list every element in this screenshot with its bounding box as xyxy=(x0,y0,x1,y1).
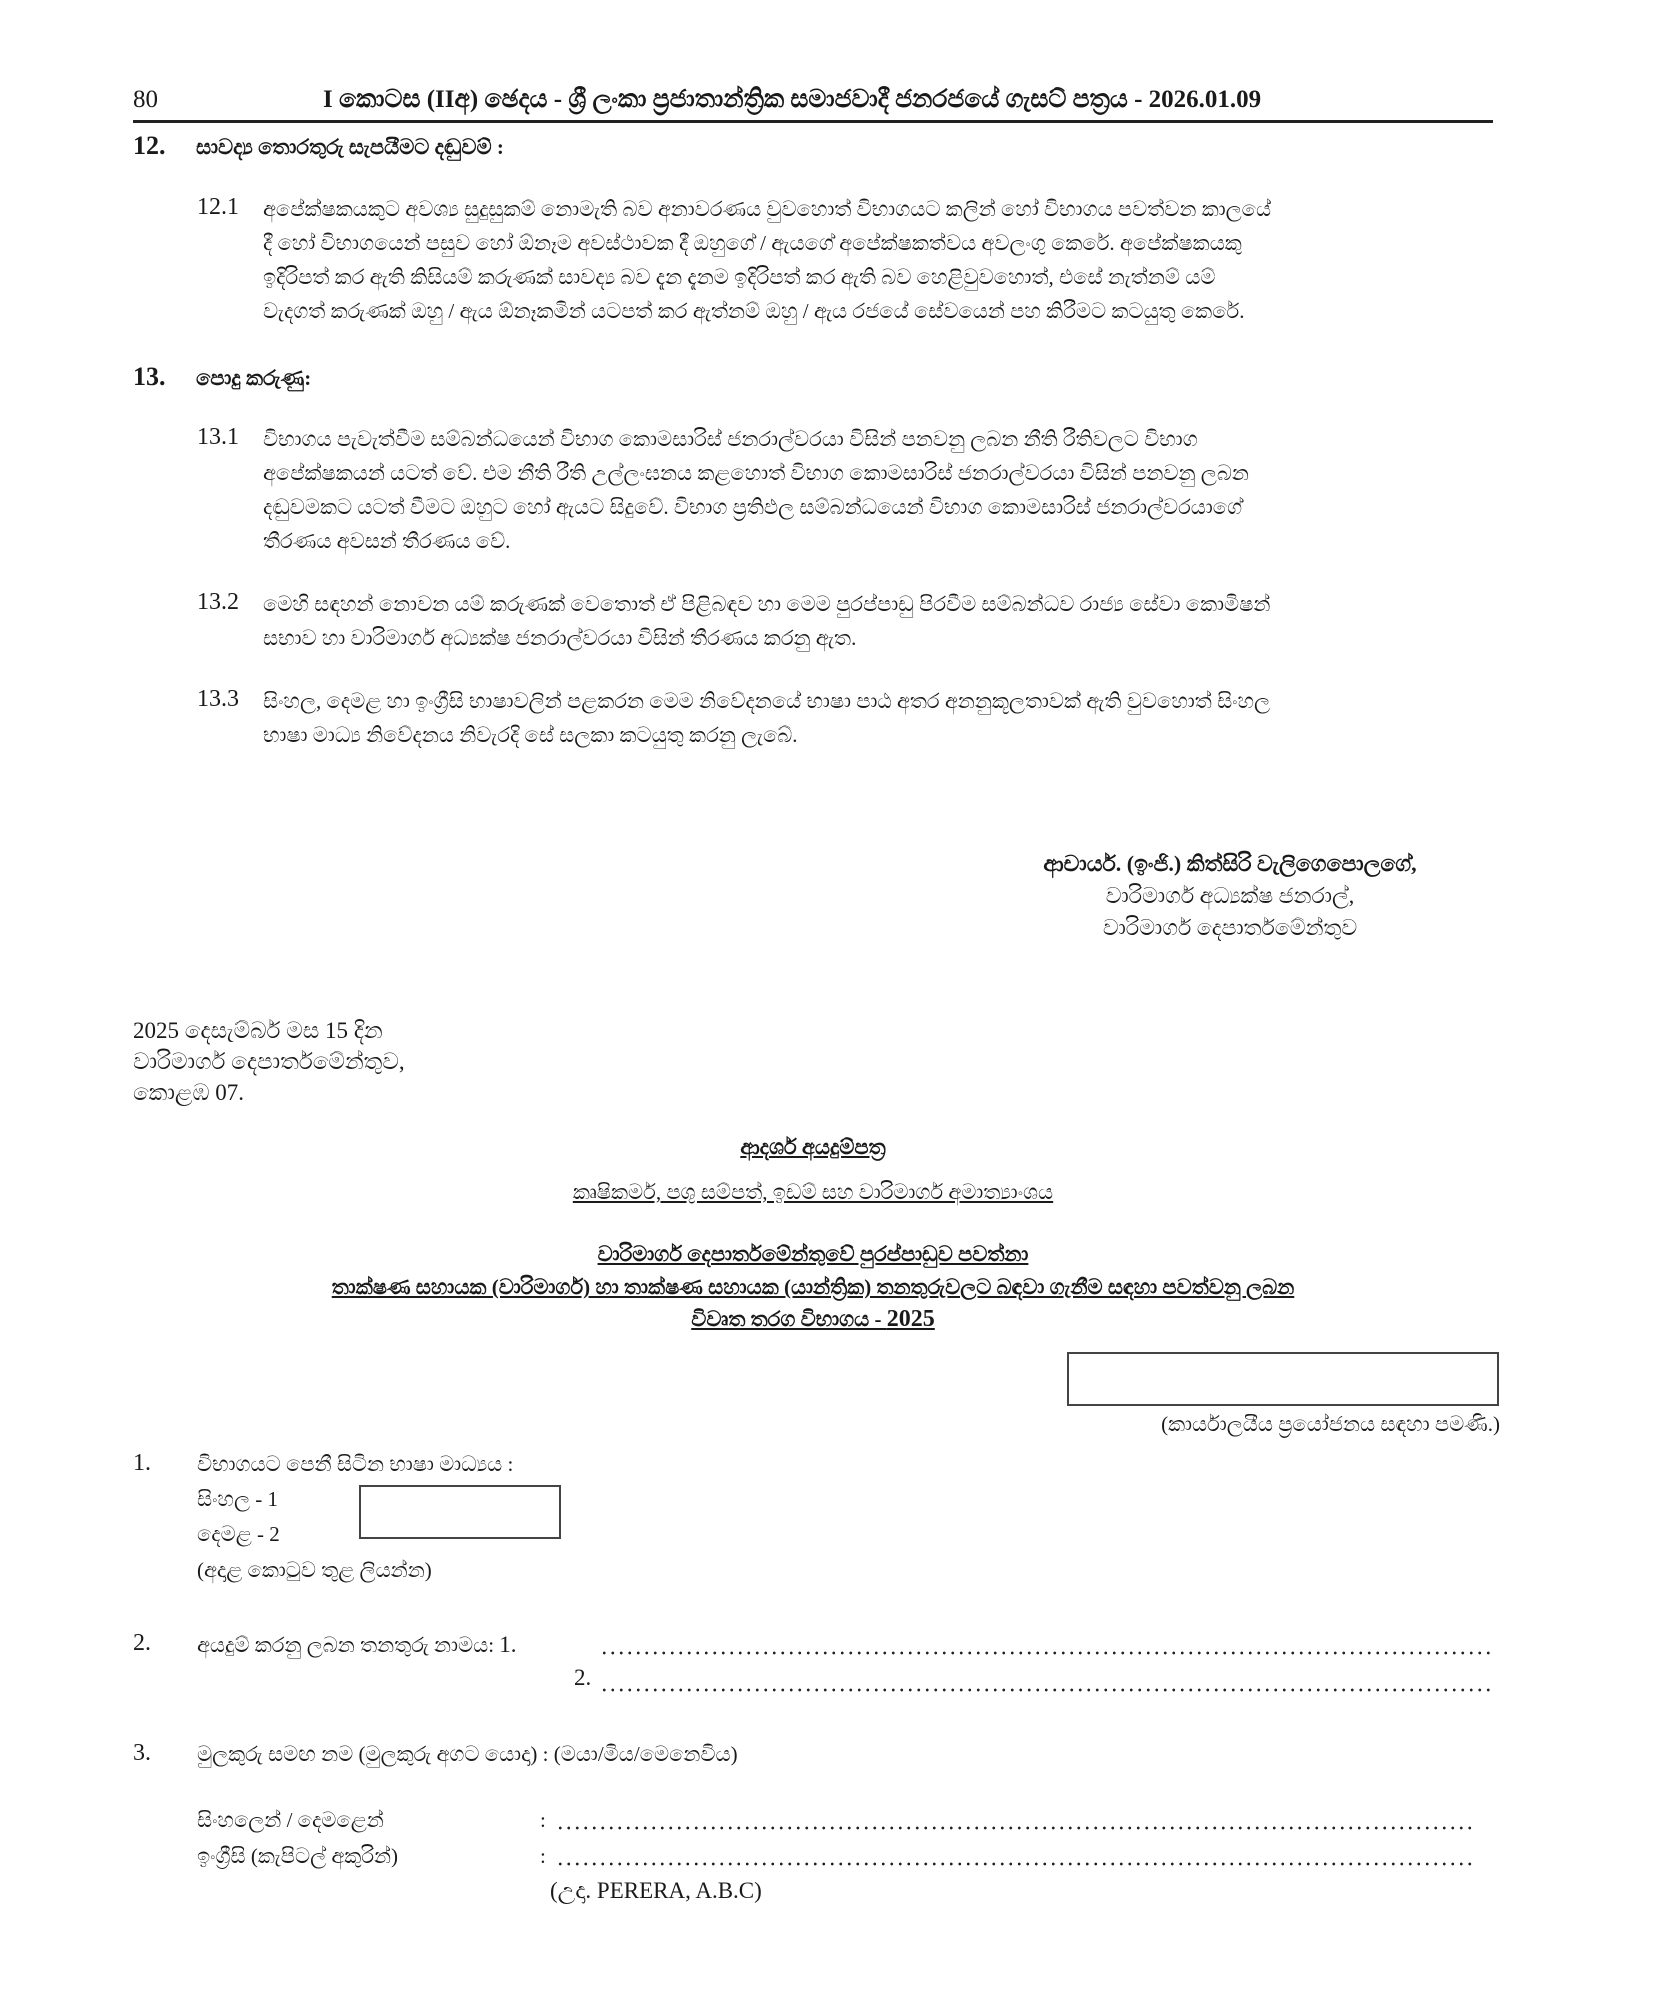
name-english-field[interactable] xyxy=(556,1862,1474,1866)
exam-name: විවෘත තරග විභාගය - xyxy=(691,1307,887,1331)
q3-english-label: ඉංග්‍රීසි (කැපිටල් අකුරින්) xyxy=(197,1844,398,1869)
form-heading-line-2: තාක්ෂණ සහායක (වාරිමාර්ග) හා තාක්ෂණ සහායක… xyxy=(133,1275,1493,1300)
text-line: තීරණය අවසන් තීරණය වේ. xyxy=(263,524,1493,558)
name-example: (උදා. PERERA, A.B.C) xyxy=(550,1878,762,1904)
header-divider xyxy=(133,120,1493,123)
q1-option-sinhala: සිංහල - 1 xyxy=(197,1487,278,1512)
text-line: අපේක්ෂකයන් යටත් වේ. එම නීති රීති උල්ලංඝන… xyxy=(263,456,1493,490)
q3-sinhala-tamil-label: සිංහලෙන් / දෙමළෙන් xyxy=(197,1808,384,1833)
clause-12-1-number: 12.1 xyxy=(197,194,239,221)
office-use-box[interactable] xyxy=(1067,1352,1499,1406)
section-12-number: 12. xyxy=(133,131,166,161)
text-line: විභාගය පැවැත්වීම සම්බන්ධයෙන් විභාග කොමසා… xyxy=(263,422,1493,456)
page-number: 80 xyxy=(133,86,158,114)
q1-label: විභාගයට පෙනී සිටින භාෂා මාධ්‍යය : xyxy=(197,1452,513,1477)
q2-line2-prefix: 2. xyxy=(574,1665,591,1691)
q1-option-tamil: දෙමළ - 2 xyxy=(197,1522,280,1547)
clause-13-2-number: 13.2 xyxy=(197,589,239,616)
signature-block: ආචාර්ය. (ඉංජි.) කිත්සිරි වැලිගෙපොලගේ, වා… xyxy=(990,848,1470,944)
clause-12-1-text: අපේක්ෂකයකුට අවශ්‍ය සුදුසුකම් නොමැති බව අ… xyxy=(263,192,1493,328)
text-line: මෙහි සඳහන් නොවන යම් කරුණක් වෙතොත් ඒ පිළි… xyxy=(263,587,1493,621)
q3-label: මුලකුරු සමඟ නම (මුලකුරු අගට යොදා) : (මයා… xyxy=(197,1742,738,1767)
q2-label-text: අයදුම් කරනු ලබන තනතුරු නාමය: xyxy=(197,1633,494,1657)
clause-13-1-text: විභාගය පැවැත්වීම සම්බන්ධයෙන් විභාග කොමසා… xyxy=(263,422,1493,558)
q3-number: 3. xyxy=(133,1740,151,1767)
post-name-2-field[interactable] xyxy=(600,1688,1495,1692)
issue-date: 2025 දෙසැම්බර් මස 15 දින xyxy=(133,1015,405,1046)
q2-line1-prefix: 1. xyxy=(499,1632,516,1657)
text-line: ඉදිරිපත් කර ඇති කිසියම් කරුණක් සාවද්‍ය බ… xyxy=(263,260,1493,294)
q2-number: 2. xyxy=(133,1630,151,1657)
text-line: අපේක්ෂකයකුට අවශ්‍ය සුදුසුකම් නොමැති බව අ… xyxy=(263,192,1493,226)
form-heading-line-3: විවෘත තරග විභාගය - 2025 xyxy=(133,1306,1493,1333)
office-use-note: (කාර්යාලයීය ප්‍රයෝජනය සඳහා පමණි.) xyxy=(1080,1412,1500,1437)
signatory-name: ආචාර්ය. (ඉංජි.) කිත්සිරි වැලිගෙපොලගේ, xyxy=(990,848,1470,880)
text-line: දඬුවමකට යටත් වීමට ඔහුට හෝ ඇයට සිදුවේ. වි… xyxy=(263,490,1493,524)
issue-city: කොළඹ 07. xyxy=(133,1077,405,1108)
section-13-number: 13. xyxy=(133,362,166,392)
clause-13-1-number: 13.1 xyxy=(197,424,239,451)
section-12-heading: සාවද්‍ය තොරතුරු සැපයීමට දඬුවම් : xyxy=(196,135,504,160)
post-name-1-field[interactable] xyxy=(600,1651,1495,1655)
issue-department: වාරිමාර්ග දෙපාර්තමේන්තුව, xyxy=(133,1046,405,1077)
clause-13-2-text: මෙහි සඳහන් නොවන යම් කරුණක් වෙතොත් ඒ පිළි… xyxy=(263,587,1493,655)
clause-13-3-text: සිංහල, දෙමළ හා ඉංග්‍රීසි භාෂාවලින් පළකරන… xyxy=(263,684,1493,752)
text-line: සිංහල, දෙමළ හා ඉංග්‍රීසි භාෂාවලින් පළකරන… xyxy=(263,684,1493,718)
issue-address: 2025 දෙසැම්බර් මස 15 දින වාරිමාර්ග දෙපාර… xyxy=(133,1015,405,1108)
q1-hint: (අදාළ කොටුව තුළ ලියන්න) xyxy=(197,1558,432,1583)
q2-label: අයදුම් කරනු ලබන තනතුරු නාමය: 1. xyxy=(197,1632,517,1658)
text-line: සභාව හා වාරිමාර්ග අධ්‍යක්ෂ ජනරාල්වරයා වි… xyxy=(263,621,1493,655)
signatory-designation: වාරිමාර්ග අධ්‍යක්ෂ ජනරාල්, xyxy=(990,880,1470,912)
page-header: 80 I කොටස (IIඅ) ඡෙදය - ශ්‍රී ලංකා ප්‍රජා… xyxy=(133,86,1493,120)
q3-colon-1: : xyxy=(540,1808,546,1833)
ministry-name: කෘෂිකර්ම, පශු සම්පත්, ඉඩම් සහ වාරිමාර්ග … xyxy=(133,1180,1493,1205)
clause-13-3-number: 13.3 xyxy=(197,686,239,713)
text-line: දී හෝ විභාගයෙන් පසුව හෝ ඕනෑම අවස්ථාවක දී… xyxy=(263,226,1493,260)
text-line: භාෂා මාධ්‍ය නිවේදනය නිවැරදි සේ සලකා කටයු… xyxy=(263,718,1493,752)
gazette-title: I කොටස (IIඅ) ඡෙදය - ශ්‍රී ලංකා ප්‍රජාතාන… xyxy=(323,86,1261,114)
q1-number: 1. xyxy=(133,1450,151,1477)
form-title: ආදර්ශ අයදුම්පත්‍ර xyxy=(133,1135,1493,1160)
section-13-heading: පොදු කරුණු: xyxy=(196,366,311,391)
exam-year: 2025 xyxy=(887,1306,935,1332)
signatory-department: වාරිමාර්ග දෙපාර්තමේන්තුව xyxy=(990,912,1470,944)
language-medium-box[interactable] xyxy=(359,1485,561,1539)
form-heading-line-1: වාරිමාර්ග දෙපාර්තමේන්තුවේ පුරප්පාඩුව පවත… xyxy=(133,1242,1493,1267)
name-sinhala-tamil-field[interactable] xyxy=(556,1826,1474,1830)
q3-colon-2: : xyxy=(540,1844,546,1869)
text-line: වැදගත් කරුණක් ඔහු / ඇය ඕනෑකමින් යටපත් කර… xyxy=(263,294,1493,328)
